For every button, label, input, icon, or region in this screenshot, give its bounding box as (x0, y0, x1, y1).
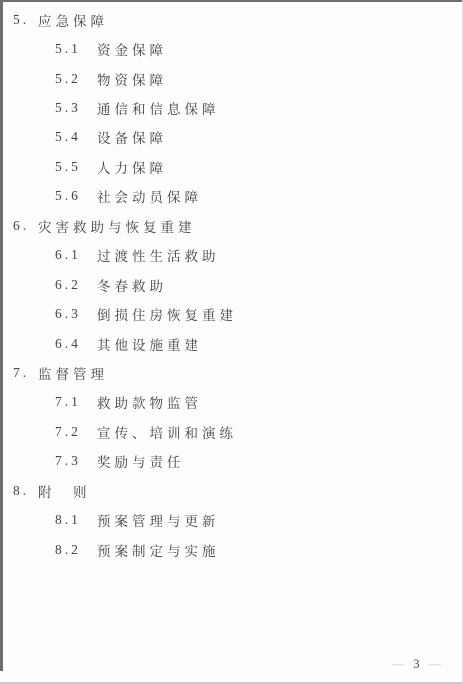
toc-item-number: 8.2 (55, 542, 97, 558)
toc-item-number: 7.2 (55, 424, 97, 440)
toc-item-title: 社会动员保障 (97, 186, 202, 206)
toc-item-number: 6.2 (55, 277, 97, 293)
toc-item-number: 7.1 (55, 394, 97, 410)
toc-item-number: 8.1 (55, 512, 97, 528)
toc-item-number: 5.6 (55, 188, 97, 204)
toc-item-title: 倒损住房恢复重建 (97, 304, 237, 324)
toc-item: 5.4设备保障 (0, 123, 463, 152)
toc-item: 5.6社会动员保障 (0, 182, 463, 211)
toc-item-title: 救助款物监管 (97, 392, 202, 412)
toc-item-number: 6.4 (55, 336, 97, 352)
document-page: 5.应急保障5.1资金保障5.2物资保障5.3通信和信息保障5.4设备保障5.5… (0, 0, 463, 684)
toc-item-number: 6.1 (55, 247, 97, 263)
toc-item-number: 5.2 (55, 71, 97, 87)
toc-section-heading: 8.附 则 (0, 476, 463, 505)
toc-section-number: 8. (13, 483, 38, 499)
toc-item: 5.5人力保障 (0, 152, 463, 181)
toc-item-title: 宣传、培训和演练 (97, 422, 237, 442)
toc-item-title: 人力保障 (97, 157, 167, 177)
toc-item-title: 预案制定与实施 (97, 540, 220, 560)
toc-item-title: 资金保障 (97, 39, 167, 59)
toc-item-number: 5.4 (55, 129, 97, 145)
toc-item: 6.1过渡性生活救助 (0, 241, 463, 270)
toc-section-number: 6. (13, 218, 38, 234)
toc-item: 7.3奖励与责任 (0, 447, 463, 476)
toc-item-number: 6.3 (55, 306, 97, 322)
toc-item-title: 冬春救助 (97, 275, 167, 295)
toc-item: 6.4其他设施重建 (0, 329, 463, 358)
page-number-value: 3 (413, 657, 419, 672)
toc-item-number: 5.5 (55, 159, 97, 175)
toc-section-title: 灾害救助与恢复重建 (38, 216, 196, 236)
toc-item-title: 设备保障 (97, 127, 167, 147)
toc-item-title: 奖励与责任 (97, 451, 185, 471)
toc-item: 6.2冬春救助 (0, 270, 463, 299)
toc-item-title: 物资保障 (97, 69, 167, 89)
toc-section-title: 应急保障 (38, 10, 108, 30)
toc-section-title: 附 则 (38, 481, 91, 501)
toc-section-heading: 7.监督管理 (0, 358, 463, 387)
toc-item: 7.1救助款物监管 (0, 388, 463, 417)
toc-item: 8.2预案制定与实施 (0, 535, 463, 564)
toc-section-heading: 6.灾害救助与恢复重建 (0, 211, 463, 240)
toc-item-number: 7.3 (55, 453, 97, 469)
toc-item: 5.1资金保障 (0, 34, 463, 63)
toc-section-heading: 5.应急保障 (0, 5, 463, 34)
toc-section-title: 监督管理 (38, 363, 108, 383)
page-number-dash-left: — (392, 657, 405, 672)
toc-item: 7.2宣传、培训和演练 (0, 417, 463, 446)
toc-item-number: 5.3 (55, 100, 97, 116)
toc-item: 6.3倒损住房恢复重建 (0, 299, 463, 328)
page-number: — 3 — (392, 657, 441, 672)
page-number-dash-right: — (429, 657, 442, 672)
toc-item: 5.3通信和信息保障 (0, 93, 463, 122)
toc-item: 5.2物资保障 (0, 64, 463, 93)
table-of-contents: 5.应急保障5.1资金保障5.2物资保障5.3通信和信息保障5.4设备保障5.5… (0, 5, 463, 564)
toc-item-number: 5.1 (55, 41, 97, 57)
toc-section-number: 7. (13, 365, 38, 381)
toc-item-title: 通信和信息保障 (97, 98, 220, 118)
scan-edge-top (0, 0, 463, 2)
toc-item-title: 其他设施重建 (97, 334, 202, 354)
toc-item: 8.1预案管理与更新 (0, 505, 463, 534)
toc-item-title: 过渡性生活救助 (97, 245, 220, 265)
toc-item-title: 预案管理与更新 (97, 510, 220, 530)
toc-section-number: 5. (13, 12, 38, 28)
